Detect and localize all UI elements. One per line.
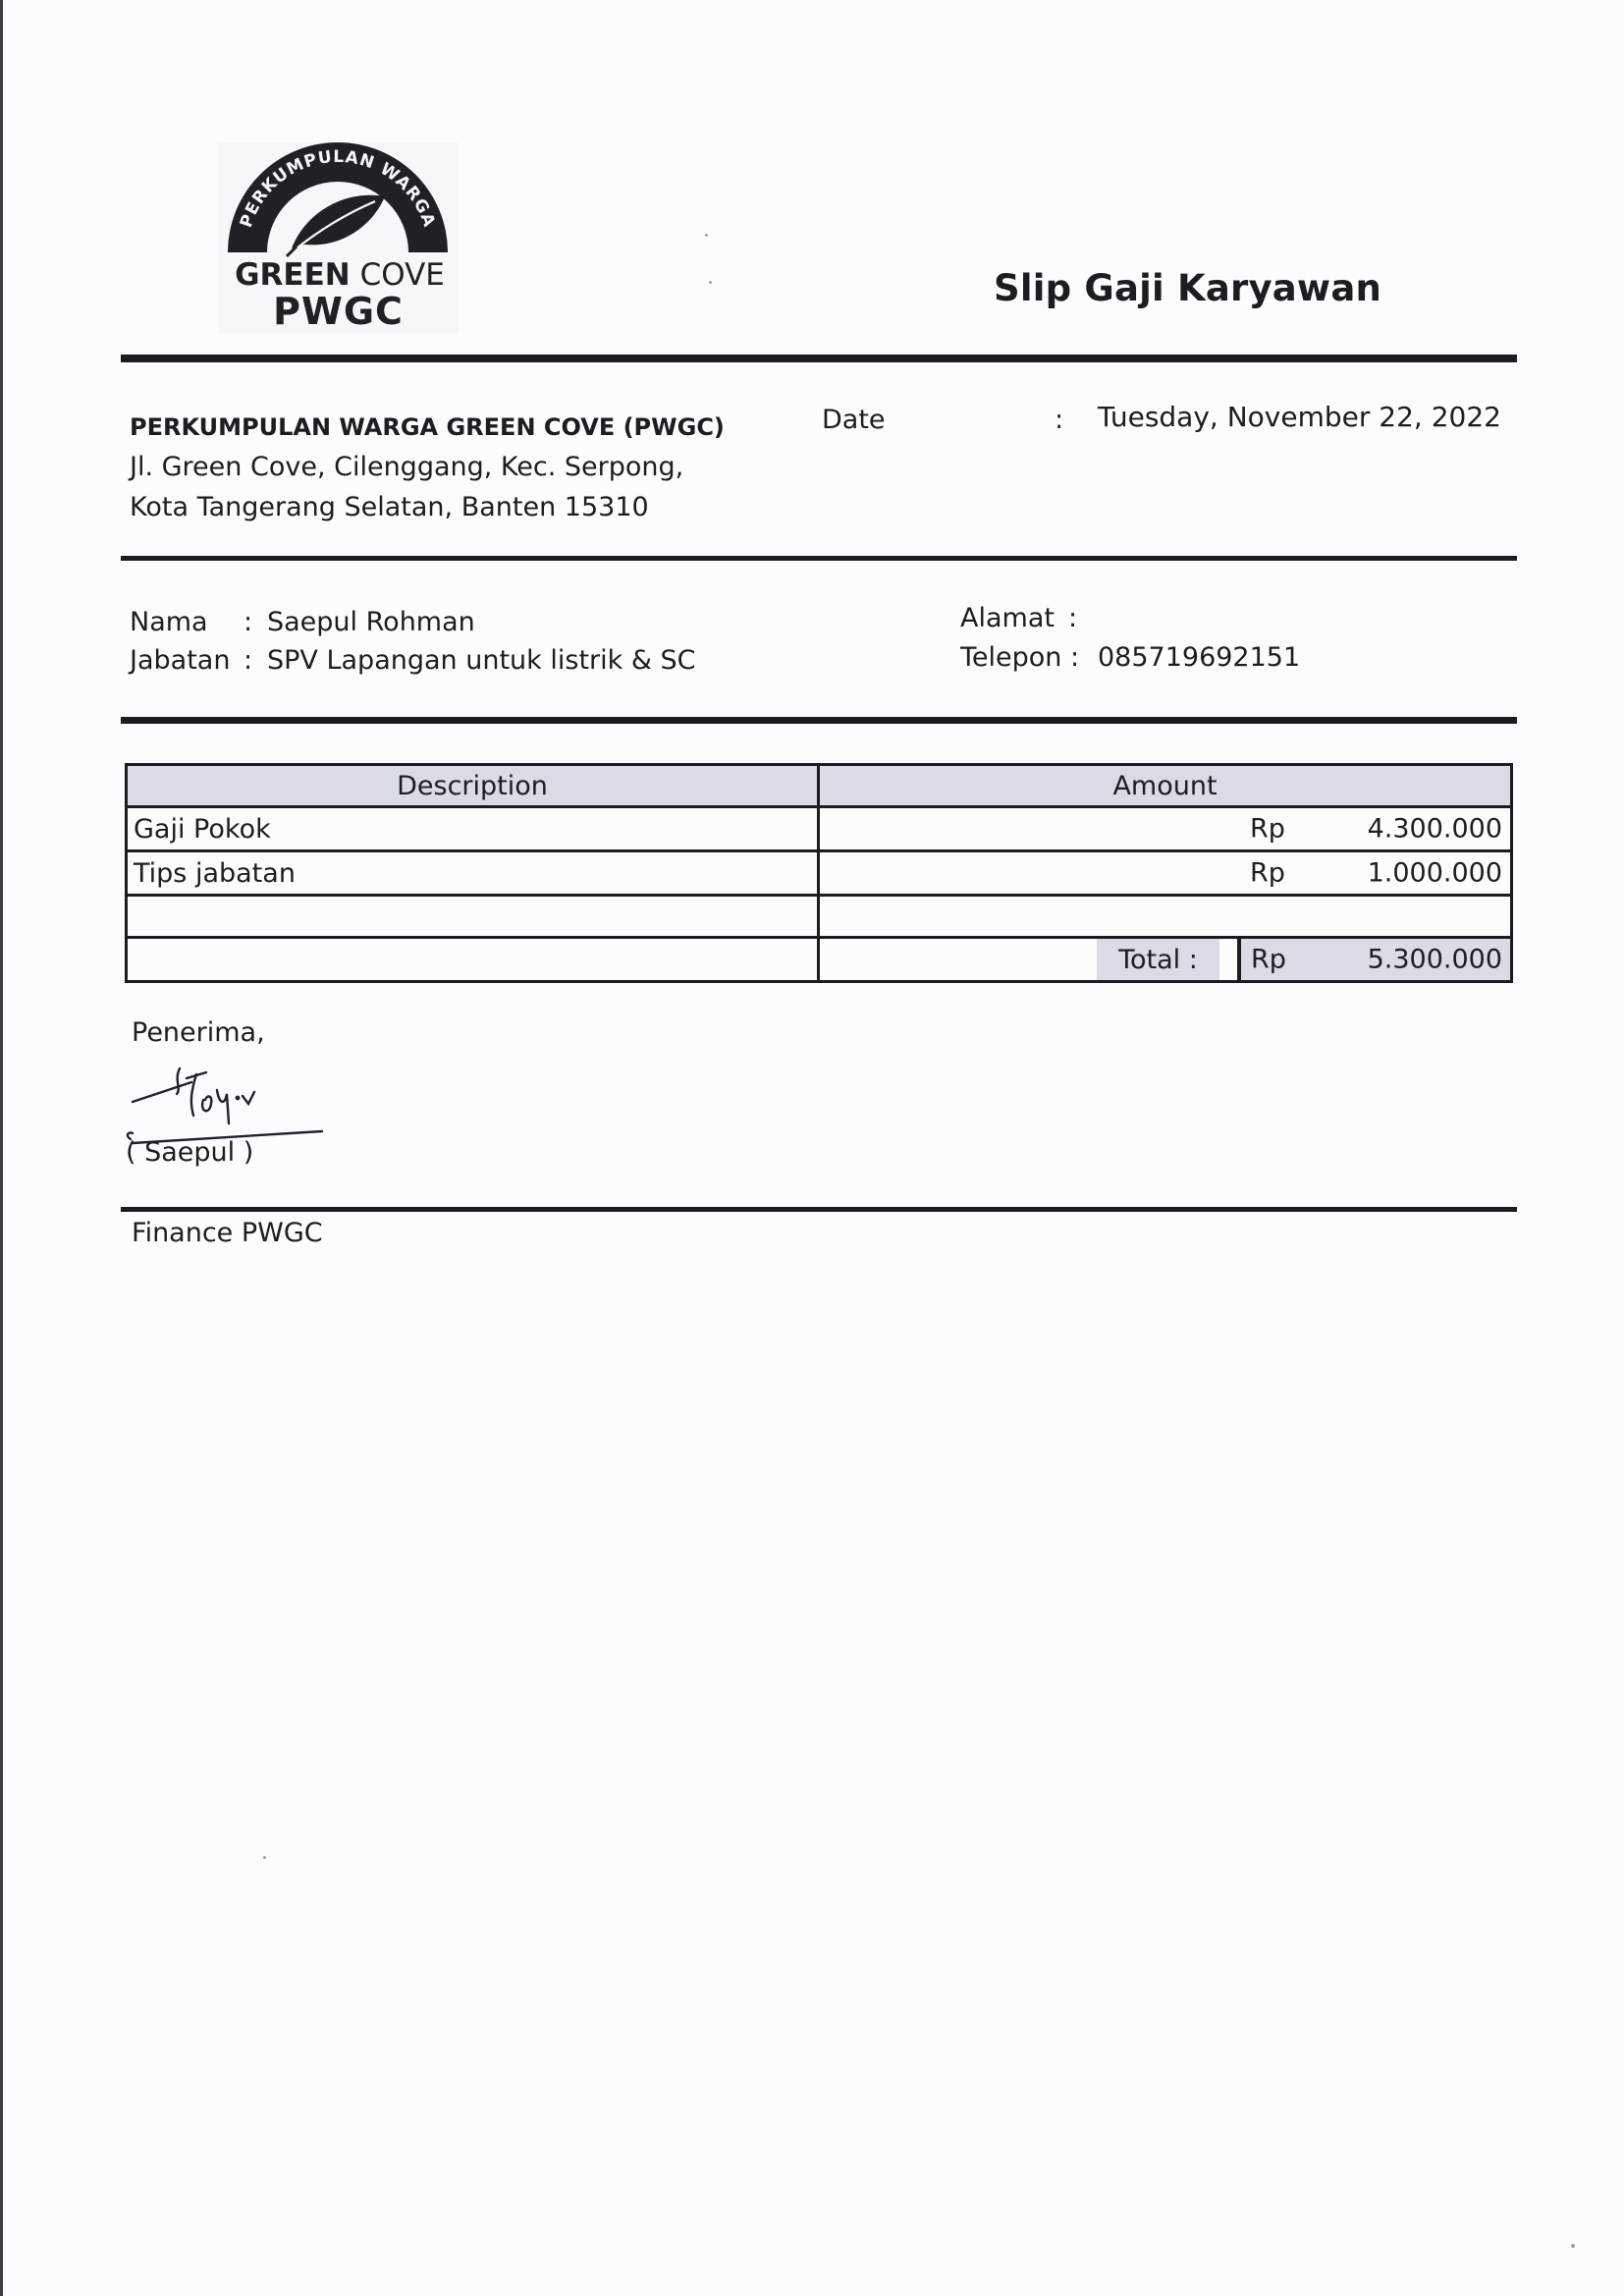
row-amount: Rp 1.000.000 <box>819 851 1512 896</box>
table-total-row: Total : Rp 5.300.000 <box>127 938 1512 982</box>
address-label: Alamat <box>960 603 1055 633</box>
employee-phone: 085719692151 <box>1098 642 1300 673</box>
total-currency: Rp <box>1251 945 1286 975</box>
document-title: Slip Gaji Karyawan <box>994 267 1381 309</box>
total-amount: 5.300.000 <box>1368 945 1502 975</box>
total-label: Total : <box>1097 939 1219 980</box>
name-colon: : <box>244 607 252 637</box>
phone-colon: : <box>1070 642 1079 673</box>
row-amount: Rp 4.300.000 <box>819 807 1512 851</box>
scan-edge <box>0 0 3 2296</box>
table-row: Gaji Pokok Rp 4.300.000 <box>127 807 1512 851</box>
row-description <box>127 896 819 938</box>
total-amount-cell: Total : Rp 5.300.000 <box>819 938 1512 982</box>
salary-table: Description Amount Gaji Pokok Rp 4.300.0… <box>125 763 1513 983</box>
total-value-box: Rp 5.300.000 <box>1237 939 1510 980</box>
amount-value: 1.000.000 <box>1368 858 1502 889</box>
header-divider <box>121 355 1517 362</box>
company-name: PERKUMPULAN WARGA GREEN COVE (PWGC) <box>130 408 725 447</box>
scan-speck <box>1571 2244 1575 2248</box>
currency-label: Rp <box>1250 814 1285 845</box>
employee-name: Saepul Rohman <box>267 607 475 637</box>
scan-speck <box>709 281 712 284</box>
logo-cove-text: COVE <box>360 257 445 293</box>
date-colon: : <box>1055 405 1063 435</box>
logo-green-text: GREEN <box>235 257 351 293</box>
phone-label-text: Telepon <box>960 642 1061 673</box>
finance-label: Finance PWGC <box>132 1218 323 1248</box>
scan-speck <box>263 1856 266 1859</box>
date-label: Date <box>822 405 886 435</box>
position-colon: : <box>244 645 252 676</box>
row-description: Tips jabatan <box>127 851 819 896</box>
address-colon: : <box>1068 603 1077 633</box>
company-address-line1: Jl. Green Cove, Cilenggang, Kec. Serpong… <box>130 447 725 487</box>
receiver-label: Penerima, <box>132 1017 265 1048</box>
row-amount <box>819 896 1512 938</box>
phone-label: Telepon : <box>960 642 1079 673</box>
company-divider <box>121 556 1517 561</box>
column-header-description: Description <box>127 765 819 807</box>
logo-wordmark: GREEN COVE <box>226 258 454 292</box>
scan-speck <box>705 234 708 237</box>
table-header-row: Description Amount <box>127 765 1512 807</box>
date-value: Tuesday, November 22, 2022 <box>1098 401 1501 433</box>
signer-name: ( Saepul ) <box>126 1137 253 1168</box>
logo-pwgc-text: PWGC <box>218 290 459 333</box>
table-row: Tips jabatan Rp 1.000.000 <box>127 851 1512 896</box>
currency-label: Rp <box>1250 858 1285 889</box>
signature-divider <box>121 1207 1517 1212</box>
table-row <box>127 896 1512 938</box>
total-row-description <box>127 938 819 982</box>
employee-position: SPV Lapangan untuk listrik & SC <box>267 645 695 676</box>
organization-logo: PERKUMPULAN WARGA GREEN COVE PWGC <box>218 142 459 334</box>
column-header-amount: Amount <box>819 765 1512 807</box>
company-address-line2: Kota Tangerang Selatan, Banten 15310 <box>130 487 725 527</box>
company-block: PERKUMPULAN WARGA GREEN COVE (PWGC) Jl. … <box>130 408 725 527</box>
row-description: Gaji Pokok <box>127 807 819 851</box>
position-label: Jabatan <box>130 645 230 676</box>
employee-divider <box>121 717 1517 724</box>
name-label: Nama <box>130 607 208 637</box>
amount-value: 4.300.000 <box>1368 814 1502 845</box>
